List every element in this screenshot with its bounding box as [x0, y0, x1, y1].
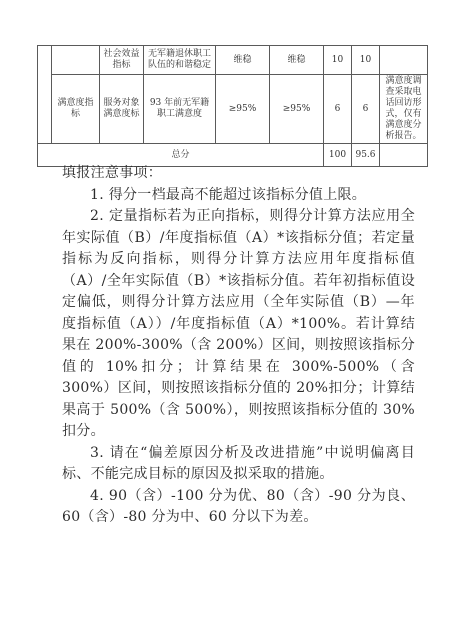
cell-actual-social: 维稳	[270, 46, 324, 75]
cell-remark-blank	[380, 46, 428, 75]
cell-indicator-satisfaction: 93 年前无军籍职工满意度	[144, 75, 216, 144]
cell-score-satisfaction: 6	[352, 75, 380, 144]
cell-points-social: 10	[324, 46, 352, 75]
note-item-2: 2. 定量指标若为正向指标，则得分计算方法应用全年实际值（B）/年度指标值（A）…	[62, 206, 415, 443]
cell-left-spacer	[38, 46, 52, 144]
performance-score-table: 社会效益指标 无军籍退休职工队伍的和谐稳定 维稳 维稳 10 10 满意度指标 …	[37, 45, 428, 167]
cell-target-satisfaction: ≥95%	[216, 75, 270, 144]
filling-notes-section: 填报注意事项： 1. 得分一档最高不能超过该指标分值上限。 2. 定量指标若为正…	[62, 163, 415, 529]
table-row: 社会效益指标 无军籍退休职工队伍的和谐稳定 维稳 维稳 10 10	[38, 46, 428, 75]
note-item-3: 3. 请在“偏差原因分析及改进措施”中说明偏离目标、不能完成目标的原因及拟采取的…	[62, 443, 415, 486]
document-page: 社会效益指标 无军籍退休职工队伍的和谐稳定 维稳 维稳 10 10 满意度指标 …	[0, 0, 451, 638]
cell-group-blank	[52, 46, 100, 75]
cell-score-social: 10	[352, 46, 380, 75]
cell-remark-satisfaction: 满意度调查采取电话回访形式，仅有满意度分析报告。	[380, 75, 428, 144]
cell-actual-satisfaction: ≥95%	[270, 75, 324, 144]
cell-category-satisfaction: 服务对象满意度标	[100, 75, 144, 144]
cell-indicator-social: 无军籍退休职工队伍的和谐稳定	[144, 46, 216, 75]
cell-points-satisfaction: 6	[324, 75, 352, 144]
cell-category-social: 社会效益指标	[100, 46, 144, 75]
note-item-4: 4. 90（含）-100 分为优、80（含）-90 分为良、60（含）-80 分…	[62, 486, 415, 529]
cell-group-satisfaction: 满意度指标	[52, 75, 100, 144]
note-item-1: 1. 得分一档最高不能超过该指标分值上限。	[62, 185, 415, 207]
cell-target-social: 维稳	[216, 46, 270, 75]
table-row: 满意度指标 服务对象满意度标 93 年前无军籍职工满意度 ≥95% ≥95% 6…	[38, 75, 428, 144]
notes-heading: 填报注意事项：	[62, 163, 415, 185]
